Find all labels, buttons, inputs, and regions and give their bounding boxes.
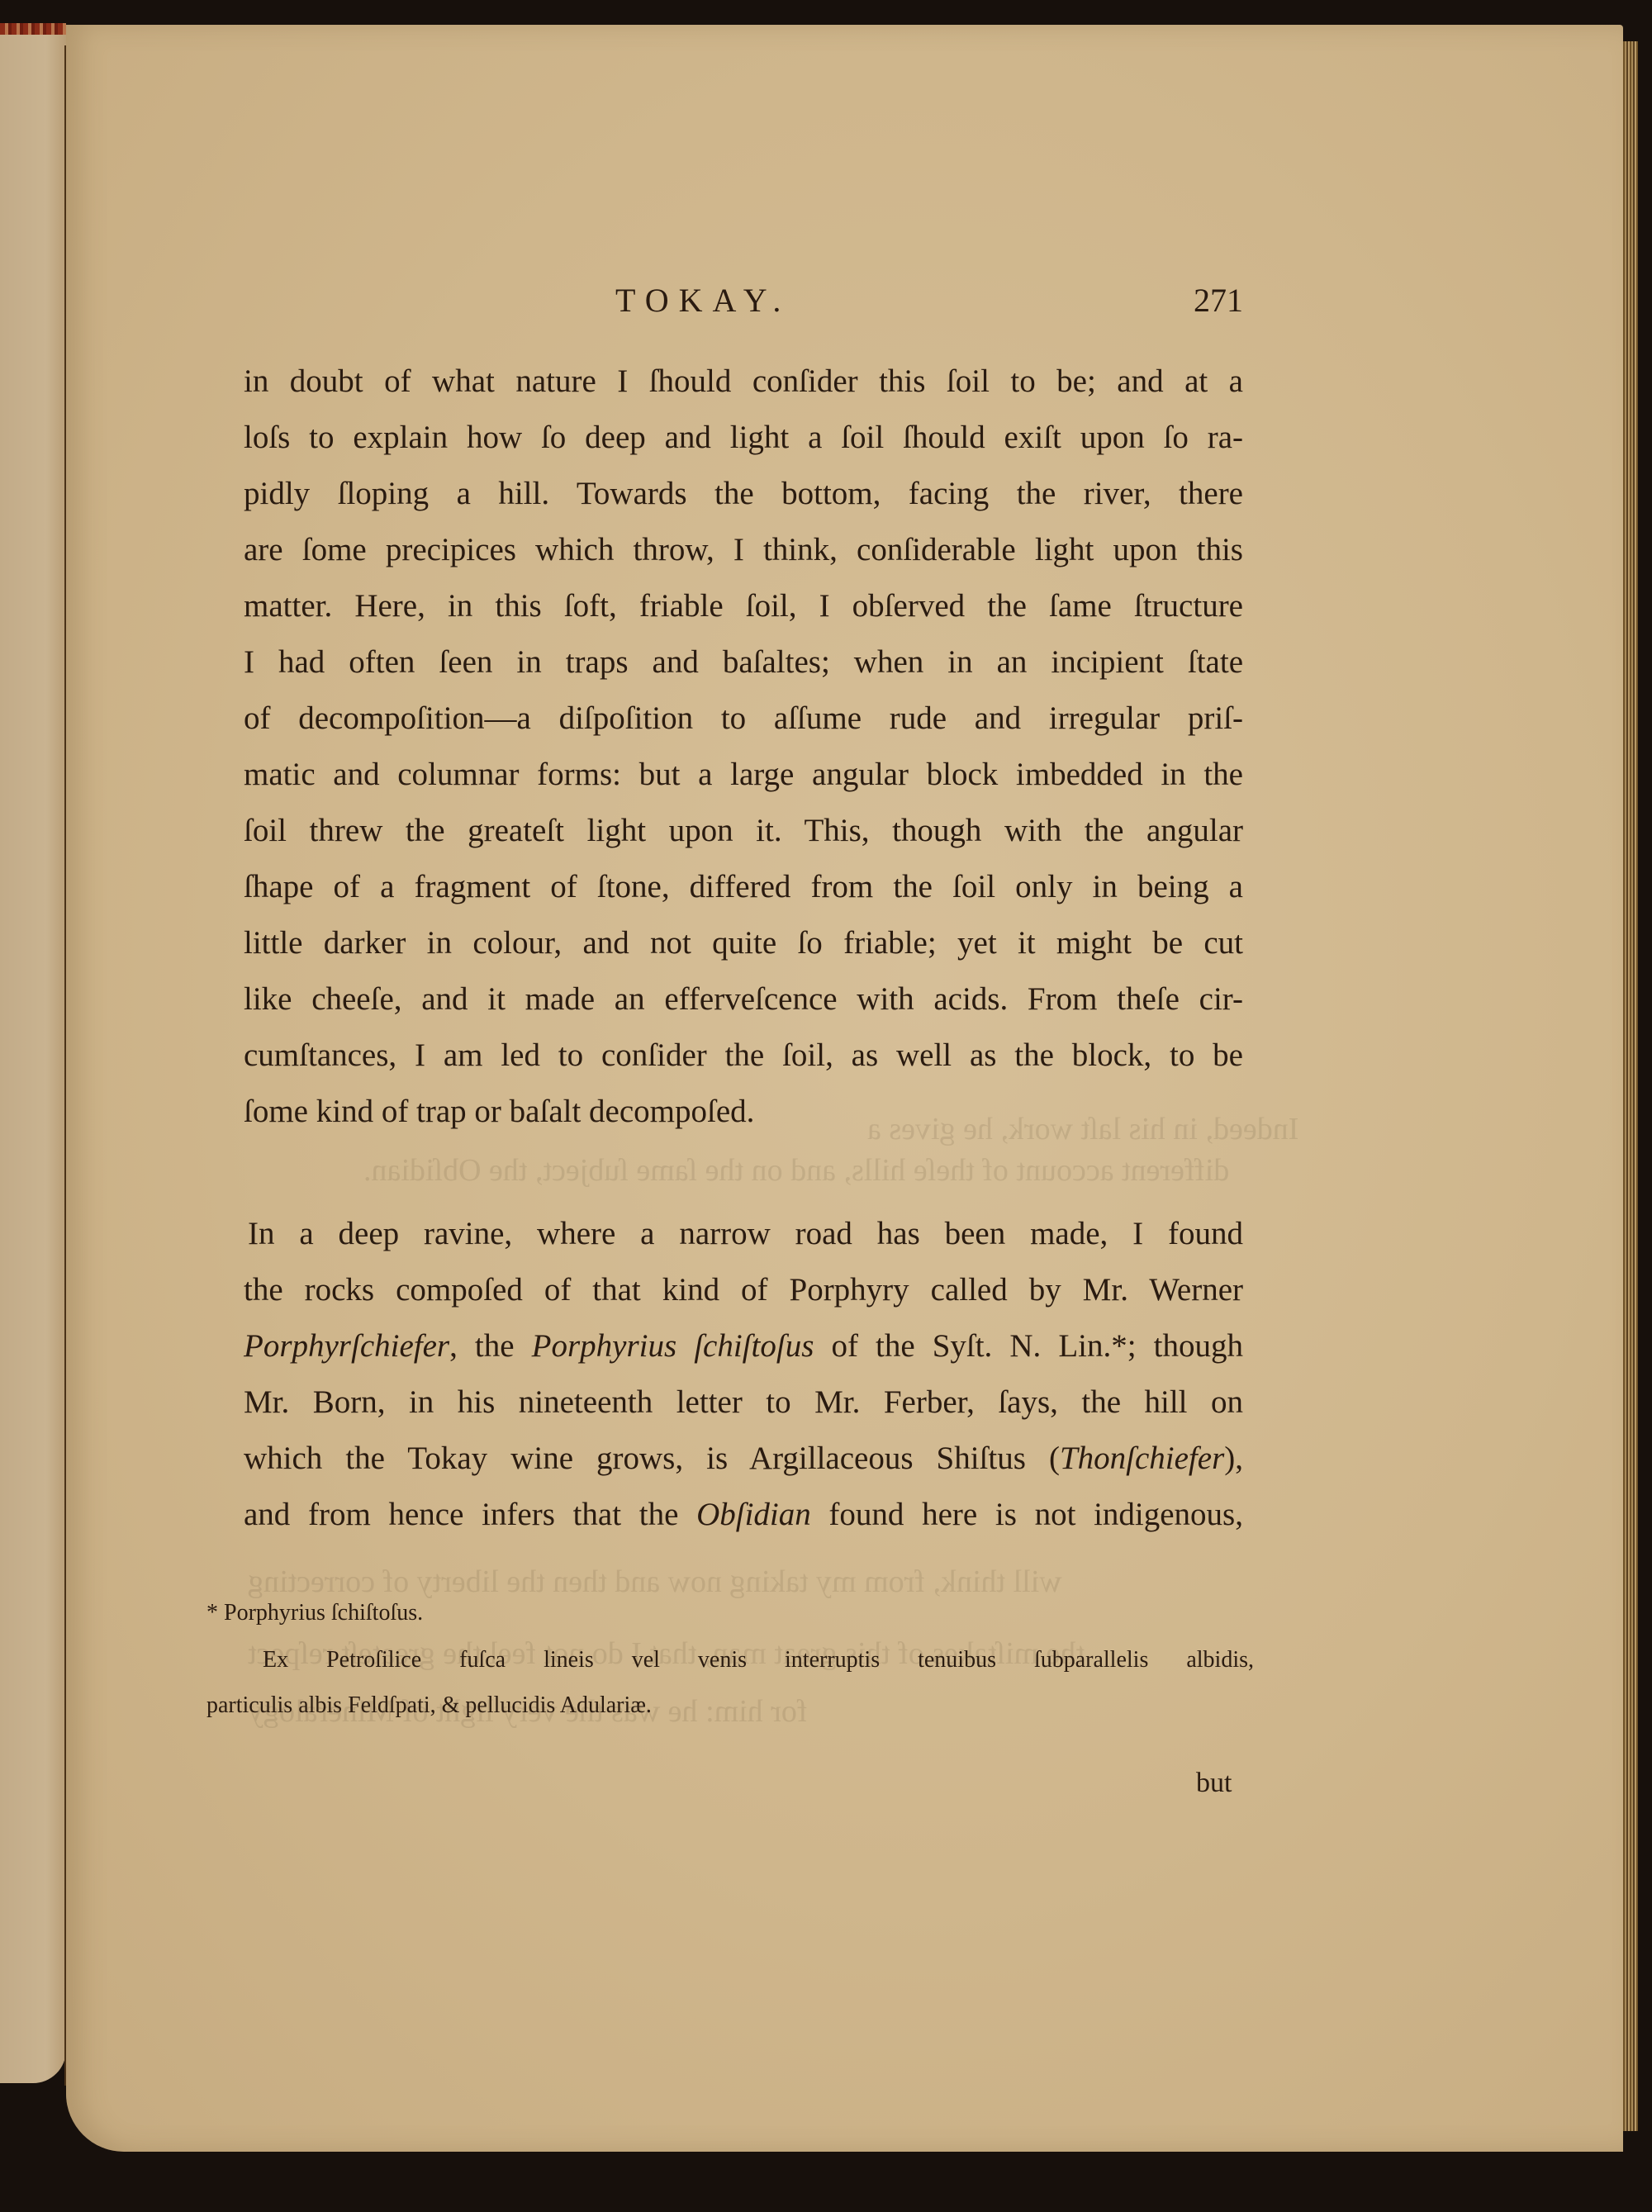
text-line: matter. Here, in this ſoft, friable ſoil… [244, 586, 1243, 626]
running-head: TOKAY. [615, 281, 790, 320]
italic-term: Obſidian [696, 1497, 811, 1532]
text-line: ſome kind of trap or baſalt decompoſed. [244, 1092, 1243, 1132]
italic-term: Porphyrſchiefer [244, 1328, 449, 1364]
text-run: found here is not indigenous, [811, 1497, 1243, 1532]
footnote-line: particulis albis Feldſpati, & pellucidis… [206, 1692, 1251, 1720]
text-line: matic and columnar forms: but a large an… [244, 755, 1243, 795]
text-line: the rocks compoſed of that kind of Porph… [244, 1270, 1243, 1310]
page-fore-edge [1623, 41, 1638, 2131]
text-line: little darker in colour, and not quite ſ… [244, 923, 1243, 963]
text-run: which the Tokay wine grows, is Argillace… [244, 1441, 1060, 1476]
text-line: In a deep ravine, where a narrow road ha… [248, 1214, 1243, 1254]
page-number: 271 [1194, 281, 1243, 320]
text-line: Mr. Born, in his nineteenth letter to Mr… [244, 1383, 1243, 1422]
text-line: ſoil threw the greateſt light upon it. T… [244, 811, 1243, 851]
text-line: in doubt of what nature I ſhould conſide… [244, 362, 1243, 401]
text-line: ſhape of a fragment of ſtone, differed f… [244, 867, 1243, 907]
text-run: , the [449, 1328, 532, 1364]
text-run: of the Syſt. N. Lin.*; though [814, 1328, 1243, 1364]
show-through-text: different account of theſe hills, and on… [363, 1152, 1229, 1189]
text-line: are ſome precipices which throw, I think… [244, 530, 1243, 570]
text-line: pidly ſloping a hill. Towards the bottom… [244, 474, 1243, 514]
italic-term: Porphyrius ſchiſtoſus [532, 1328, 814, 1364]
text-run: and from hence infers that the [244, 1497, 696, 1532]
text-line-italic-mixed: which the Tokay wine grows, is Argillace… [244, 1439, 1243, 1479]
book-scan: Indeed, in his laſt work, he gives a dif… [0, 0, 1652, 2212]
text-line-italic-mixed: and from hence infers that the Obſidian … [244, 1495, 1243, 1535]
italic-term: Thonſchiefer [1060, 1441, 1224, 1476]
text-line: of decompoſition—a diſpoſition to aſſume… [244, 699, 1243, 738]
verso-page-edge [0, 35, 66, 2083]
recto-page [66, 25, 1623, 2152]
show-through-text: will think, from my taking now and then … [248, 1564, 1062, 1600]
text-line-italic-mixed: Porphyrſchiefer, the Porphyrius ſchiſtoſ… [244, 1327, 1243, 1366]
text-run: ), [1224, 1441, 1243, 1476]
text-line: like cheeſe, and it made an efferveſcenc… [244, 980, 1243, 1019]
text-line: cumſtances, I am led to conſider the ſoi… [244, 1036, 1243, 1075]
text-line: loſs to explain how ſo deep and light a … [244, 418, 1243, 458]
text-line: I had often ſeen in traps and baſaltes; … [244, 643, 1243, 682]
catchword: but [1196, 1768, 1232, 1799]
footnote-line: Ex Petroſilice fuſca lineis vel venis in… [263, 1646, 1254, 1674]
footnote-marker-line: * Porphyrius ſchiſtoſus. [206, 1599, 1251, 1627]
